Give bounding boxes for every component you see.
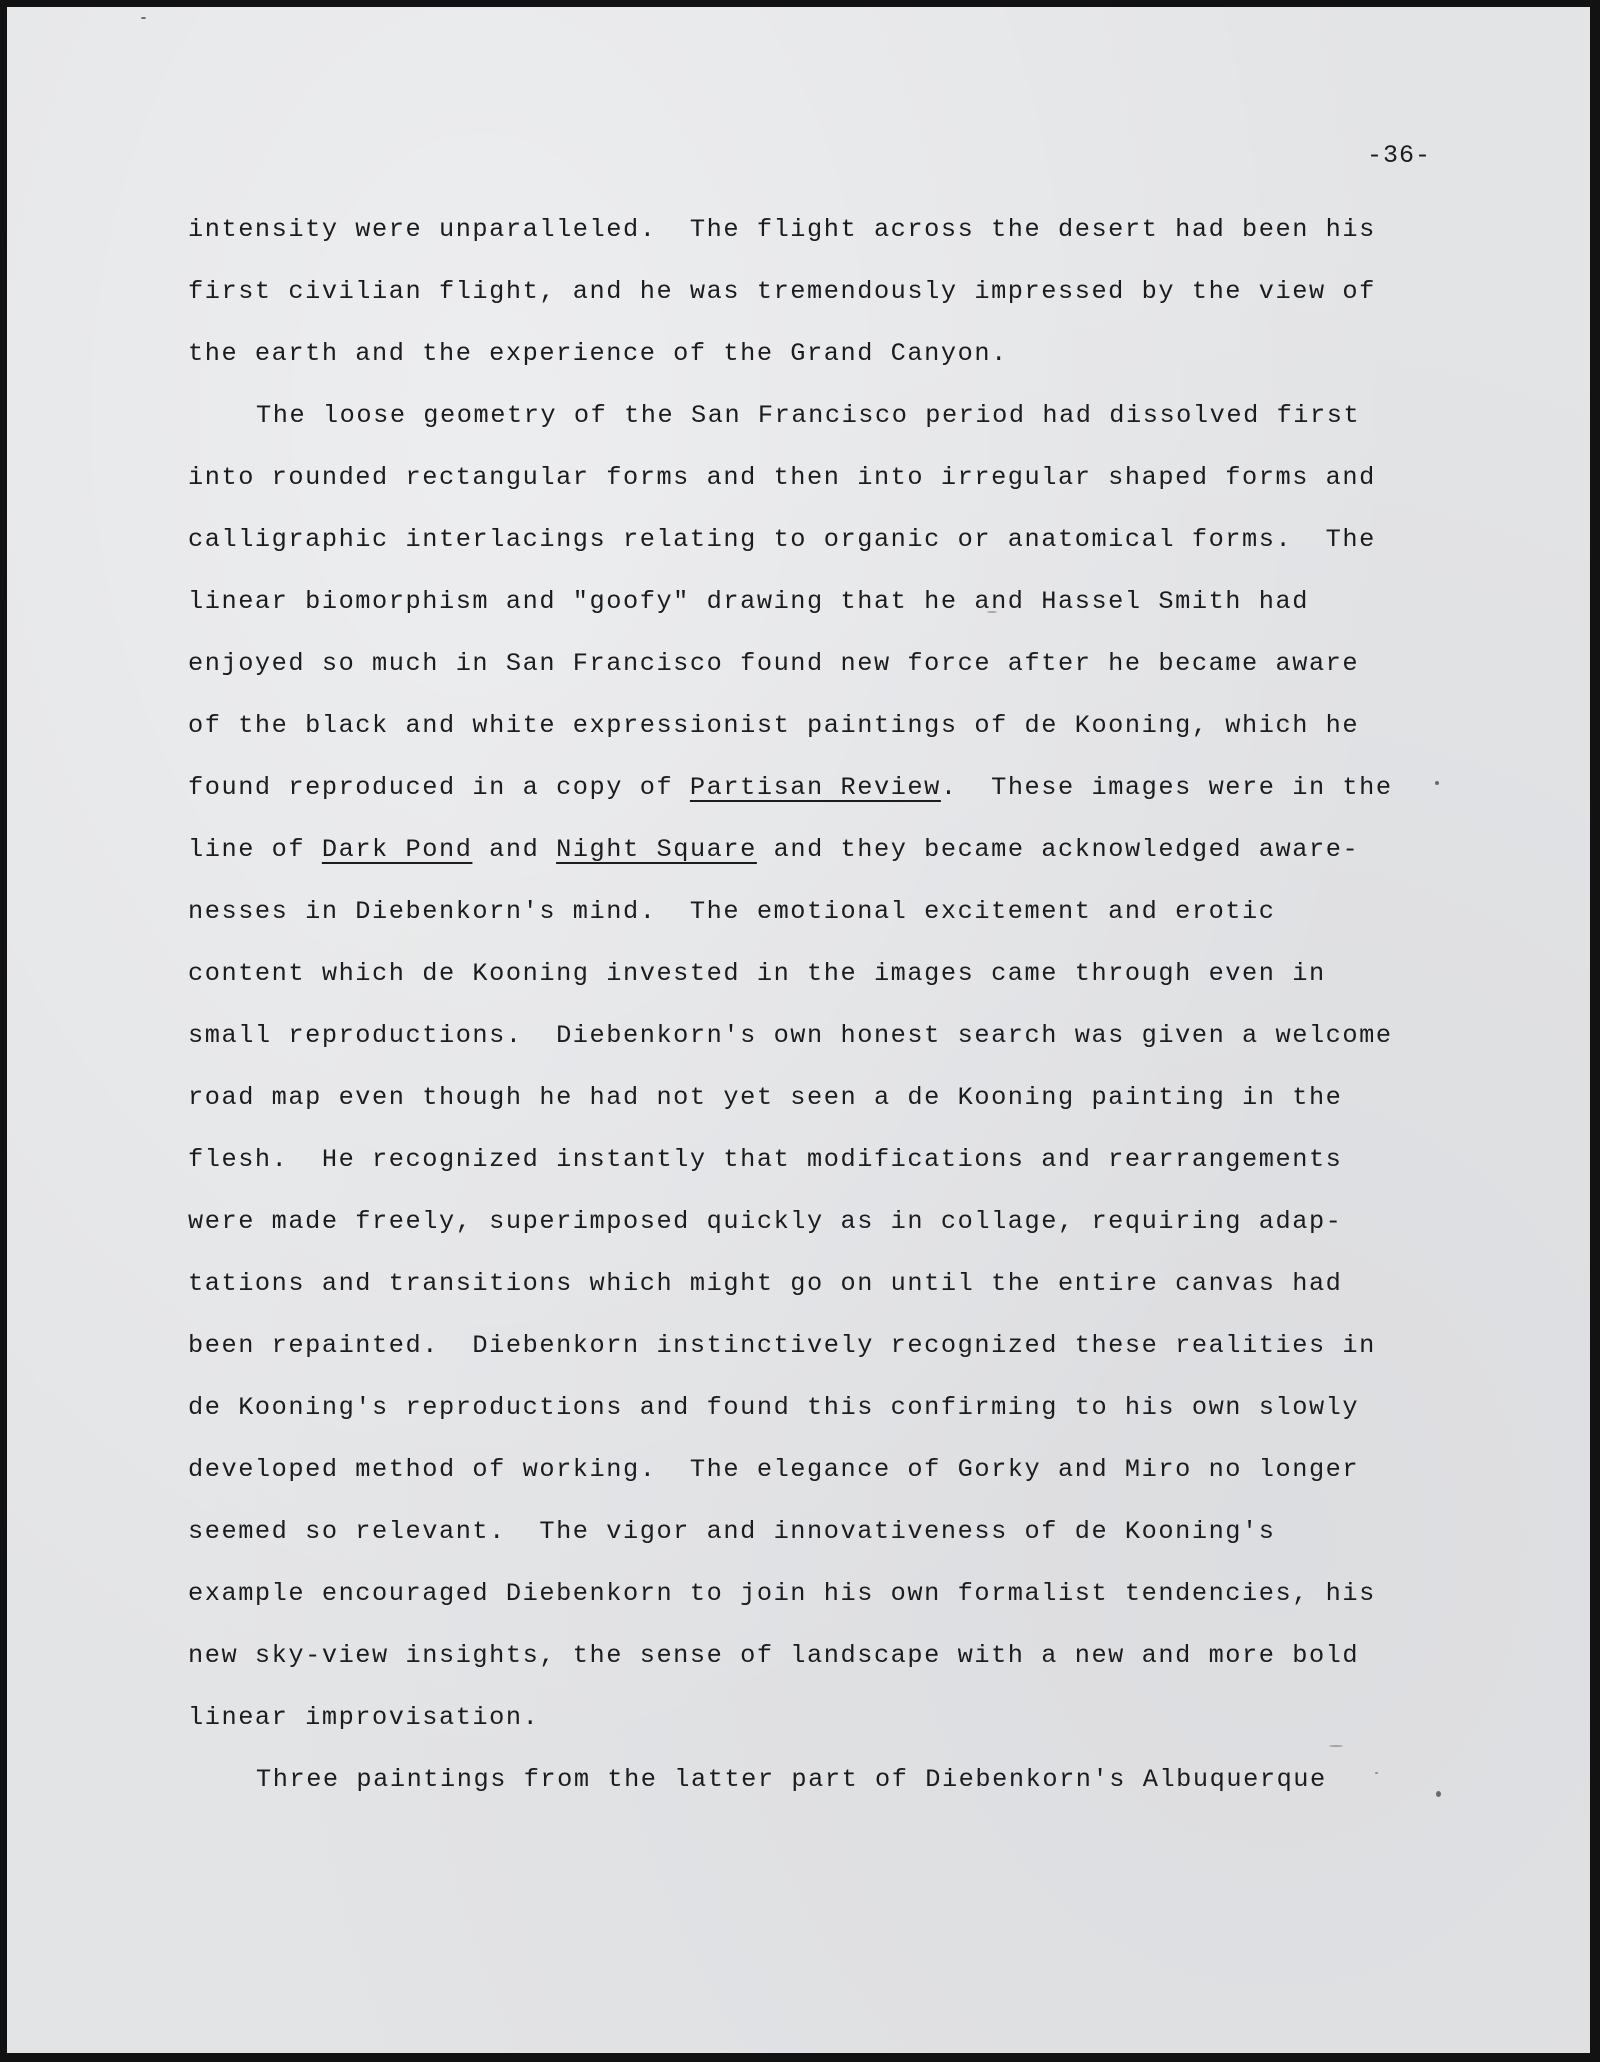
text-segment: calligraphic interlacings relating to or… <box>188 525 1376 554</box>
text-line: enjoyed so much in San Francisco found n… <box>188 633 1488 695</box>
text-segment: of the black and white expressionist pai… <box>188 711 1359 740</box>
text-line: new sky-view insights, the sense of land… <box>188 1625 1488 1687</box>
text-segment: linear improvisation. <box>188 1703 539 1732</box>
scan-speck <box>1329 1745 1343 1747</box>
text-segment: seemed so relevant. The vigor and innova… <box>188 1517 1276 1546</box>
text-line: linear biomorphism and "goofy" drawing t… <box>188 571 1488 633</box>
text-line: nesses in Diebenkorn's mind. The emotion… <box>188 881 1488 943</box>
text-segment: intensity were unparalleled. The flight … <box>188 215 1376 244</box>
page-number: -36- <box>1367 141 1431 170</box>
underlined-title: Dark Pond <box>322 835 473 864</box>
scan-speck <box>141 17 146 19</box>
text-line: intensity were unparalleled. The flight … <box>188 199 1488 261</box>
text-segment: flesh. He recognized instantly that modi… <box>188 1145 1342 1174</box>
text-segment: content which de Kooning invested in the… <box>188 959 1326 988</box>
text-segment: Three paintings from the latter part of … <box>256 1765 1327 1794</box>
scan-speck <box>1436 1791 1441 1797</box>
text-segment: and they became acknowledged aware- <box>757 835 1359 864</box>
text-segment: been repainted. Diebenkorn instinctively… <box>188 1331 1376 1360</box>
text-segment: de Kooning's reproductions and found thi… <box>188 1393 1359 1422</box>
underlined-title: Partisan Review <box>690 773 941 802</box>
text-line: first civilian flight, and he was tremen… <box>188 261 1488 323</box>
text-line: calligraphic interlacings relating to or… <box>188 509 1488 571</box>
text-line: tations and transitions which might go o… <box>188 1253 1488 1315</box>
text-segment: example encouraged Diebenkorn to join hi… <box>188 1579 1376 1608</box>
text-segment: . These images were in the <box>941 773 1393 802</box>
text-line: The loose geometry of the San Francisco … <box>188 385 1488 447</box>
text-segment: into rounded rectangular forms and then … <box>188 463 1376 492</box>
text-line: de Kooning's reproductions and found thi… <box>188 1377 1488 1439</box>
text-line: small reproductions. Diebenkorn's own ho… <box>188 1005 1488 1067</box>
text-line: example encouraged Diebenkorn to join hi… <box>188 1563 1488 1625</box>
text-line: Three paintings from the latter part of … <box>188 1749 1488 1811</box>
text-line: found reproduced in a copy of Partisan R… <box>188 757 1488 819</box>
scan-speck <box>987 611 997 613</box>
text-segment: The loose geometry of the San Francisco … <box>256 401 1360 430</box>
text-line: developed method of working. The eleganc… <box>188 1439 1488 1501</box>
text-line: of the black and white expressionist pai… <box>188 695 1488 757</box>
text-line: linear improvisation. <box>188 1687 1488 1749</box>
text-line: content which de Kooning invested in the… <box>188 943 1488 1005</box>
text-segment: enjoyed so much in San Francisco found n… <box>188 649 1359 678</box>
text-segment: tations and transitions which might go o… <box>188 1269 1342 1298</box>
text-line: were made freely, superimposed quickly a… <box>188 1191 1488 1253</box>
text-segment: were made freely, superimposed quickly a… <box>188 1207 1342 1236</box>
text-line: the earth and the experience of the Gran… <box>188 323 1488 385</box>
text-segment: developed method of working. The eleganc… <box>188 1455 1359 1484</box>
body-text: intensity were unparalleled. The flight … <box>188 199 1488 1811</box>
scan-speck <box>1375 1772 1378 1774</box>
text-segment: found reproduced in a copy of <box>188 773 690 802</box>
text-line: been repainted. Diebenkorn instinctively… <box>188 1315 1488 1377</box>
scan-speck <box>1435 781 1439 785</box>
text-segment: first civilian flight, and he was tremen… <box>188 277 1376 306</box>
text-segment: nesses in Diebenkorn's mind. The emotion… <box>188 897 1276 926</box>
text-segment: linear biomorphism and "goofy" drawing t… <box>188 587 1309 616</box>
text-segment: new sky-view insights, the sense of land… <box>188 1641 1359 1670</box>
text-line: flesh. He recognized instantly that modi… <box>188 1129 1488 1191</box>
document-page: -36- intensity were unparalleled. The fl… <box>7 7 1590 2053</box>
text-line: line of Dark Pond and Night Square and t… <box>188 819 1488 881</box>
text-line: into rounded rectangular forms and then … <box>188 447 1488 509</box>
text-segment: small reproductions. Diebenkorn's own ho… <box>188 1021 1393 1050</box>
text-line: road map even though he had not yet seen… <box>188 1067 1488 1129</box>
text-line: seemed so relevant. The vigor and innova… <box>188 1501 1488 1563</box>
text-segment: and <box>472 835 556 864</box>
text-segment: the earth and the experience of the Gran… <box>188 339 1008 368</box>
text-segment: road map even though he had not yet seen… <box>188 1083 1342 1112</box>
underlined-title: Night Square <box>556 835 757 864</box>
text-segment: line of <box>188 835 322 864</box>
